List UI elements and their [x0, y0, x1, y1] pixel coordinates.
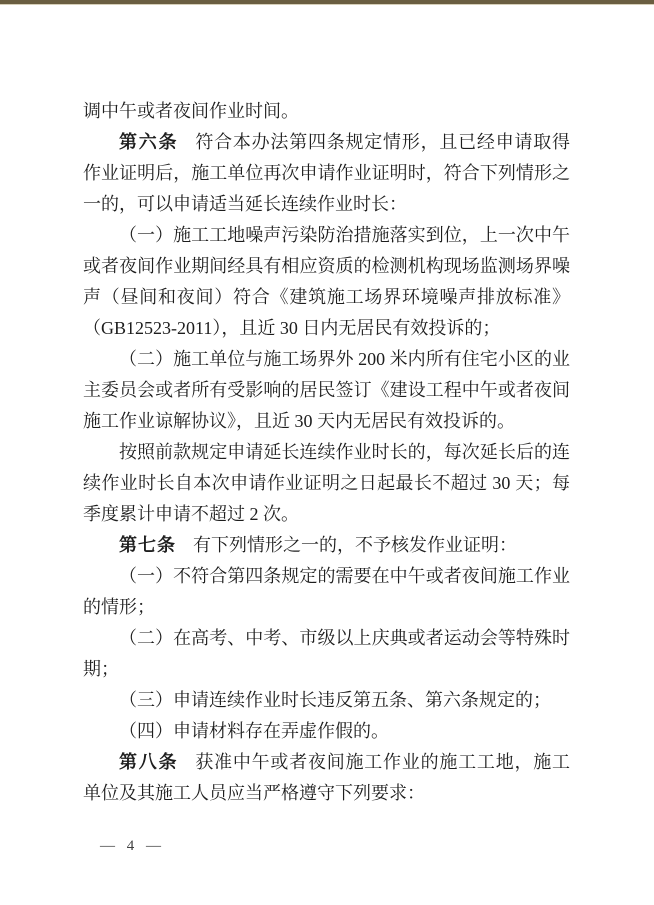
article-7-paragraph: 第七条有下列情形之一的，不予核发作业证明：: [83, 530, 570, 561]
article-6-item-2: （二）施工单位与施工场界外 200 米内所有住宅小区的业主委员会或者所有受影响的…: [83, 344, 570, 437]
article-8-label: 第八条: [119, 752, 178, 772]
paragraph-text: （四）申请材料存在弄虚作假的。: [119, 721, 389, 741]
document-page: 调中午或者夜间作业时间。 第六条符合本办法第四条规定情形，且已经申请取得作业证明…: [0, 0, 654, 905]
paragraph-text: 有下列情形之一的，不予核发作业证明：: [193, 535, 517, 555]
page-number: — 4 —: [100, 838, 165, 855]
article-8-paragraph: 第八条获准中午或者夜间施工作业的施工工地，施工单位及其施工人员应当严格遵守下列要…: [83, 747, 570, 809]
article-6-extension-rule: 按照前款规定申请延长连续作业时长的，每次延长后的连续作业时长自本次申请作业证明之…: [83, 437, 570, 530]
article-6-paragraph: 第六条符合本办法第四条规定情形，且已经申请取得作业证明后，施工单位再次申请作业证…: [83, 127, 570, 220]
paragraph-text: （二）施工单位与施工场界外 200 米内所有住宅小区的业主委员会或者所有受影响的…: [83, 349, 570, 431]
page-top-border: [0, 0, 654, 5]
article-6-label: 第六条: [119, 132, 178, 152]
document-body: 调中午或者夜间作业时间。 第六条符合本办法第四条规定情形，且已经申请取得作业证明…: [83, 96, 570, 809]
paragraph-text: （三）申请连续作业时长违反第五条、第六条规定的；: [119, 690, 551, 710]
article-7-item-2: （二）在高考、中考、市级以上庆典或者运动会等特殊时期；: [83, 623, 570, 685]
article-7-item-4: （四）申请材料存在弄虚作假的。: [83, 716, 570, 747]
paragraph-text: 调中午或者夜间作业时间。: [83, 101, 299, 121]
paragraph-text: （一）施工工地噪声污染防治措施落实到位，上一次中午或者夜间作业期间经具有相应资质…: [83, 225, 570, 338]
paragraph-text: （一）不符合第四条规定的需要在中午或者夜间施工作业的情形；: [83, 566, 570, 617]
paragraph-text: （二）在高考、中考、市级以上庆典或者运动会等特殊时期；: [83, 628, 570, 679]
article-7-item-3: （三）申请连续作业时长违反第五条、第六条规定的；: [83, 685, 570, 716]
continuation-paragraph: 调中午或者夜间作业时间。: [83, 96, 570, 127]
paragraph-text: 按照前款规定申请延长连续作业时长的，每次延长后的连续作业时长自本次申请作业证明之…: [83, 442, 570, 524]
article-6-item-1: （一）施工工地噪声污染防治措施落实到位，上一次中午或者夜间作业期间经具有相应资质…: [83, 220, 570, 344]
article-7-label: 第七条: [119, 535, 176, 555]
article-7-item-1: （一）不符合第四条规定的需要在中午或者夜间施工作业的情形；: [83, 561, 570, 623]
